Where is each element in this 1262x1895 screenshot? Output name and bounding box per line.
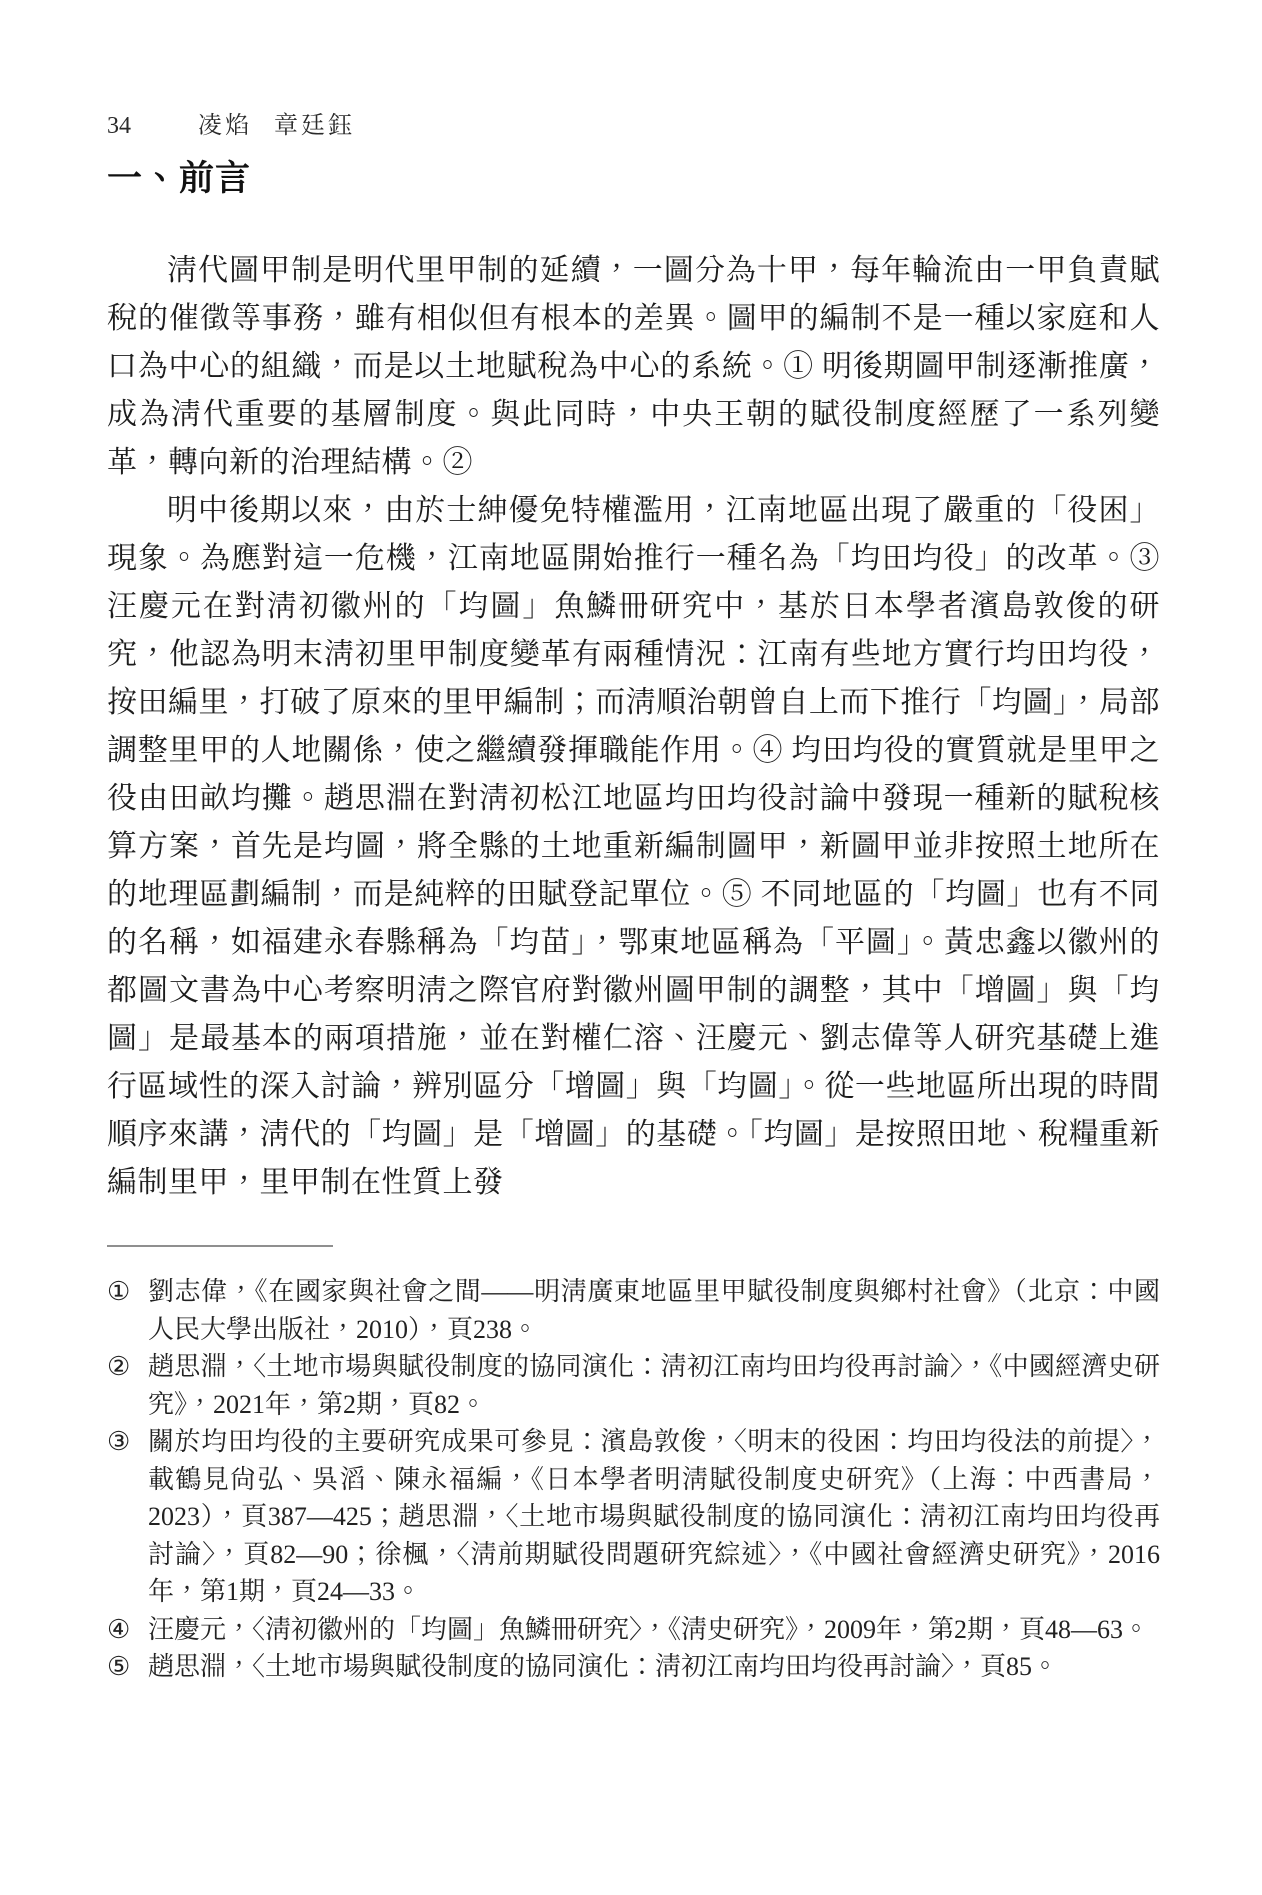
running-head-author-1: 凌焰 <box>198 112 252 141</box>
footnote-text-3: 關於均田均役的主要研究成果可參見：濱島敦俊，〈明末的役困：均田均役法的前提〉，載… <box>148 1427 1160 1606</box>
footnote-text-2: 趙思淵，〈土地市場與賦役制度的協同演化：淸初江南均田均役再討論〉，《中國經濟史研… <box>148 1352 1160 1419</box>
body-paragraph-1: 淸代圖甲制是明代里甲制的延續，一圖分為十甲，每年輪流由一甲負責賦稅的催徵等事務，… <box>107 247 1160 487</box>
body-paragraph-2: 明中後期以來，由於士紳優免特權濫用，江南地區出現了嚴重的「役困」現象。為應對這一… <box>107 487 1160 1207</box>
footnote-marker-1: ① <box>107 1273 130 1311</box>
page-number: 34 <box>107 112 153 141</box>
section-heading: 一、前言 <box>107 157 1160 201</box>
footnote-5: ⑤ 趙思淵，〈土地市場與賦役制度的協同演化：淸初江南均田均役再討論〉，頁85。 <box>107 1648 1160 1686</box>
footnote-marker-2: ② <box>107 1348 130 1386</box>
footnote-3: ③ 關於均田均役的主要研究成果可參見：濱島敦俊，〈明末的役困：均田均役法的前提〉… <box>107 1423 1160 1611</box>
footnote-marker-5: ⑤ <box>107 1648 130 1686</box>
footnotes-list: ① 劉志偉，《在國家與社會之間——明淸廣東地區里甲賦役制度與鄉村社會》（北京：中… <box>107 1273 1160 1686</box>
footnote-1: ① 劉志偉，《在國家與社會之間——明淸廣東地區里甲賦役制度與鄉村社會》（北京：中… <box>107 1273 1160 1348</box>
footnote-marker-4: ④ <box>107 1611 130 1649</box>
footnote-text-5: 趙思淵，〈土地市場與賦役制度的協同演化：淸初江南均田均役再討論〉，頁85。 <box>148 1652 1058 1681</box>
body-text: 淸代圖甲制是明代里甲制的延續，一圖分為十甲，每年輪流由一甲負責賦稅的催徵等事務，… <box>107 247 1160 1207</box>
paper-page: 34 凌焰 章廷鈺 一、前言 淸代圖甲制是明代里甲制的延續，一圖分為十甲，每年輪… <box>0 0 1262 1895</box>
running-head-author-2: 章廷鈺 <box>274 112 355 141</box>
running-head: 凌焰 章廷鈺 <box>198 112 355 141</box>
footnote-2: ② 趙思淵，〈土地市場與賦役制度的協同演化：淸初江南均田均役再討論〉，《中國經濟… <box>107 1348 1160 1423</box>
footnote-text-1: 劉志偉，《在國家與社會之間——明淸廣東地區里甲賦役制度與鄉村社會》（北京：中國人… <box>148 1277 1160 1344</box>
footnote-4: ④ 汪慶元，〈淸初徽州的「均圖」魚鱗冊研究〉，《淸史研究》，2009年，第2期，… <box>107 1611 1160 1649</box>
footnote-text-4: 汪慶元，〈淸初徽州的「均圖」魚鱗冊研究〉，《淸史研究》，2009年，第2期，頁4… <box>148 1615 1149 1644</box>
footnote-separator <box>107 1245 333 1247</box>
page-header: 34 凌焰 章廷鈺 <box>107 112 1160 141</box>
footnote-marker-3: ③ <box>107 1423 130 1461</box>
